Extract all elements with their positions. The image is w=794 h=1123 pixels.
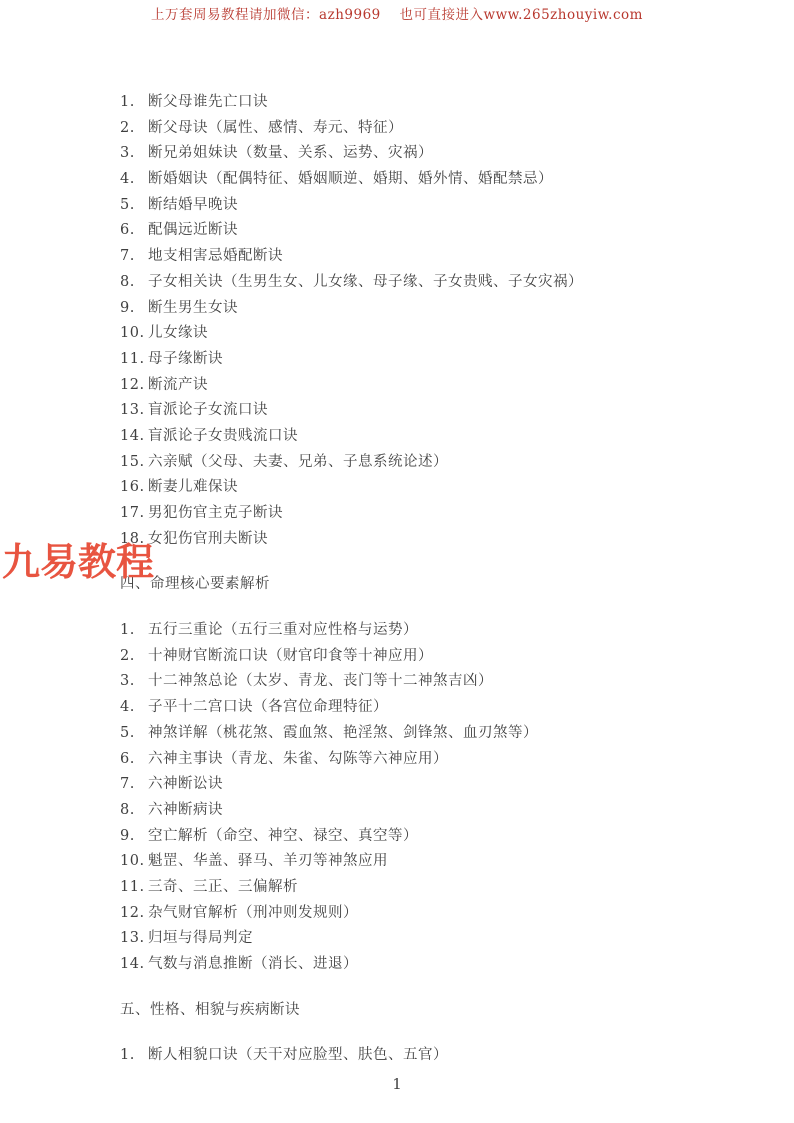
list-item: 3.十二神煞总论（太岁、青龙、丧门等十二神煞吉凶） [120,669,704,695]
section-heading: 五、性格、相貌与疾病断诀 [120,998,704,1024]
item-number: 2. [120,644,148,670]
item-text: 三奇、三正、三偏解析 [148,879,298,895]
watermark-logo: 九易教程 [2,540,154,584]
list-item: 14.盲派论子女贵贱流口诀 [120,424,704,450]
item-text: 五行三重论（五行三重对应性格与运势） [148,622,418,638]
list-item: 12.断流产诀 [120,373,704,399]
item-number: 3. [120,669,148,695]
list-item: 10.魁罡、华盖、驿马、羊刃等神煞应用 [120,849,704,875]
document-page: 上万套周易教程请加微信：azh9969 也可直接进入www.265zhouyiw… [0,0,794,1123]
list-item: 4.断婚姻诀（配偶特征、婚姻顺逆、婚期、婚外情、婚配禁忌） [120,167,704,193]
item-text: 归垣与得局判定 [148,930,253,946]
item-text: 子平十二宫口诀（各宫位命理特征） [148,699,388,715]
toc-list: 1.五行三重论（五行三重对应性格与运势）2.十神财官断流口诀（财官印食等十神应用… [120,618,704,978]
item-text: 六神断讼诀 [148,776,223,792]
item-text: 女犯伤官刑夫断诀 [148,531,268,547]
item-text: 魁罡、华盖、驿马、羊刃等神煞应用 [148,853,388,869]
item-text: 空亡解析（命空、神空、禄空、真空等） [148,828,418,844]
list-item: 10.儿女缘诀 [120,321,704,347]
item-text: 神煞详解（桃花煞、霞血煞、艳淫煞、剑锋煞、血刃煞等） [148,725,538,741]
list-item: 15.六亲赋（父母、夫妻、兄弟、子息系统论述） [120,450,704,476]
list-item: 5.神煞详解（桃花煞、霞血煞、艳淫煞、剑锋煞、血刃煞等） [120,721,704,747]
item-number: 4. [120,695,148,721]
item-number: 7. [120,772,148,798]
item-text: 断兄弟姐妹诀（数量、关系、运势、灾祸） [148,145,433,161]
list-item: 1.五行三重论（五行三重对应性格与运势） [120,618,704,644]
item-number: 16. [120,475,148,501]
item-number: 14. [120,424,148,450]
item-text: 断流产诀 [148,377,208,393]
list-item: 2.十神财官断流口诀（财官印食等十神应用） [120,644,704,670]
section-heading: 四、命理核心要素解析 [120,572,704,598]
item-number: 12. [120,373,148,399]
item-number: 14. [120,952,148,978]
item-number: 1. [120,90,148,116]
item-number: 2. [120,116,148,142]
list-item: 6.配偶远近断诀 [120,218,704,244]
promo-header-text: 上万套周易教程请加微信：azh9969 也可直接进入www.265zhouyiw… [0,6,794,24]
list-item: 1.断人相貌口诀（天干对应脸型、肤色、五官） [120,1043,704,1069]
item-text: 儿女缘诀 [148,325,208,341]
item-text: 十神财官断流口诀（财官印食等十神应用） [148,648,433,664]
toc-list: 1.断父母谁先亡口诀2.断父母诀（属性、感情、寿元、特征）3.断兄弟姐妹诀（数量… [120,90,704,552]
item-number: 5. [120,193,148,219]
list-item: 18.女犯伤官刑夫断诀 [120,527,704,553]
item-text: 气数与消息推断（消长、进退） [148,956,358,972]
item-text: 断结婚早晚诀 [148,197,238,213]
item-text: 杂气财官解析（刑冲则发规则） [148,905,358,921]
list-item: 8.六神断病诀 [120,798,704,824]
item-text: 母子缘断诀 [148,351,223,367]
list-item: 9.空亡解析（命空、神空、禄空、真空等） [120,824,704,850]
item-number: 5. [120,721,148,747]
item-number: 17. [120,501,148,527]
item-text: 六神主事诀（青龙、朱雀、勾陈等六神应用） [148,751,448,767]
list-item: 1.断父母谁先亡口诀 [120,90,704,116]
item-text: 地支相害忌婚配断诀 [148,248,283,264]
item-text: 断父母诀（属性、感情、寿元、特征） [148,120,403,136]
toc-content: 1.断父母谁先亡口诀2.断父母诀（属性、感情、寿元、特征）3.断兄弟姐妹诀（数量… [120,90,704,1089]
list-item: 7.六神断讼诀 [120,772,704,798]
item-number: 6. [120,218,148,244]
item-number: 7. [120,244,148,270]
item-text: 盲派论子女贵贱流口诀 [148,428,298,444]
item-number: 13. [120,926,148,952]
item-text: 六神断病诀 [148,802,223,818]
item-number: 11. [120,347,148,373]
list-item: 12.杂气财官解析（刑冲则发规则） [120,901,704,927]
item-number: 13. [120,398,148,424]
list-item: 14.气数与消息推断（消长、进退） [120,952,704,978]
item-text: 断人相貌口诀（天干对应脸型、肤色、五官） [148,1047,448,1063]
item-text: 男犯伤官主克子断诀 [148,505,283,521]
item-number: 4. [120,167,148,193]
list-item: 11.三奇、三正、三偏解析 [120,875,704,901]
item-number: 9. [120,824,148,850]
item-number: 15. [120,450,148,476]
list-item: 13.归垣与得局判定 [120,926,704,952]
item-number: 10. [120,321,148,347]
item-text: 十二神煞总论（太岁、青龙、丧门等十二神煞吉凶） [148,673,493,689]
list-item: 3.断兄弟姐妹诀（数量、关系、运势、灾祸） [120,141,704,167]
item-number: 8. [120,270,148,296]
item-text: 配偶远近断诀 [148,222,238,238]
item-number: 12. [120,901,148,927]
item-text: 断父母谁先亡口诀 [148,94,268,110]
list-item: 7.地支相害忌婚配断诀 [120,244,704,270]
item-number: 10. [120,849,148,875]
list-item: 9.断生男生女诀 [120,296,704,322]
list-item: 8.子女相关诀（生男生女、儿女缘、母子缘、子女贵贱、子女灾祸） [120,270,704,296]
item-text: 断妻儿难保诀 [148,479,238,495]
list-item: 13.盲派论子女流口诀 [120,398,704,424]
item-number: 9. [120,296,148,322]
item-number: 11. [120,875,148,901]
item-number: 1. [120,1043,148,1069]
toc-sections: 1.断父母谁先亡口诀2.断父母诀（属性、感情、寿元、特征）3.断兄弟姐妹诀（数量… [120,90,704,1069]
item-text: 盲派论子女流口诀 [148,402,268,418]
item-text: 断婚姻诀（配偶特征、婚姻顺逆、婚期、婚外情、婚配禁忌） [148,171,553,187]
toc-list: 1.断人相貌口诀（天干对应脸型、肤色、五官） [120,1043,704,1069]
list-item: 4.子平十二宫口诀（各宫位命理特征） [120,695,704,721]
list-item: 11.母子缘断诀 [120,347,704,373]
item-text: 六亲赋（父母、夫妻、兄弟、子息系统论述） [148,454,448,470]
item-number: 8. [120,798,148,824]
item-text: 子女相关诀（生男生女、儿女缘、母子缘、子女贵贱、子女灾祸） [148,274,583,290]
item-number: 3. [120,141,148,167]
item-number: 1. [120,618,148,644]
list-item: 2.断父母诀（属性、感情、寿元、特征） [120,116,704,142]
item-number: 6. [120,747,148,773]
list-item: 16.断妻儿难保诀 [120,475,704,501]
list-item: 5.断结婚早晚诀 [120,193,704,219]
item-text: 断生男生女诀 [148,300,238,316]
list-item: 6.六神主事诀（青龙、朱雀、勾陈等六神应用） [120,747,704,773]
list-item: 17.男犯伤官主克子断诀 [120,501,704,527]
